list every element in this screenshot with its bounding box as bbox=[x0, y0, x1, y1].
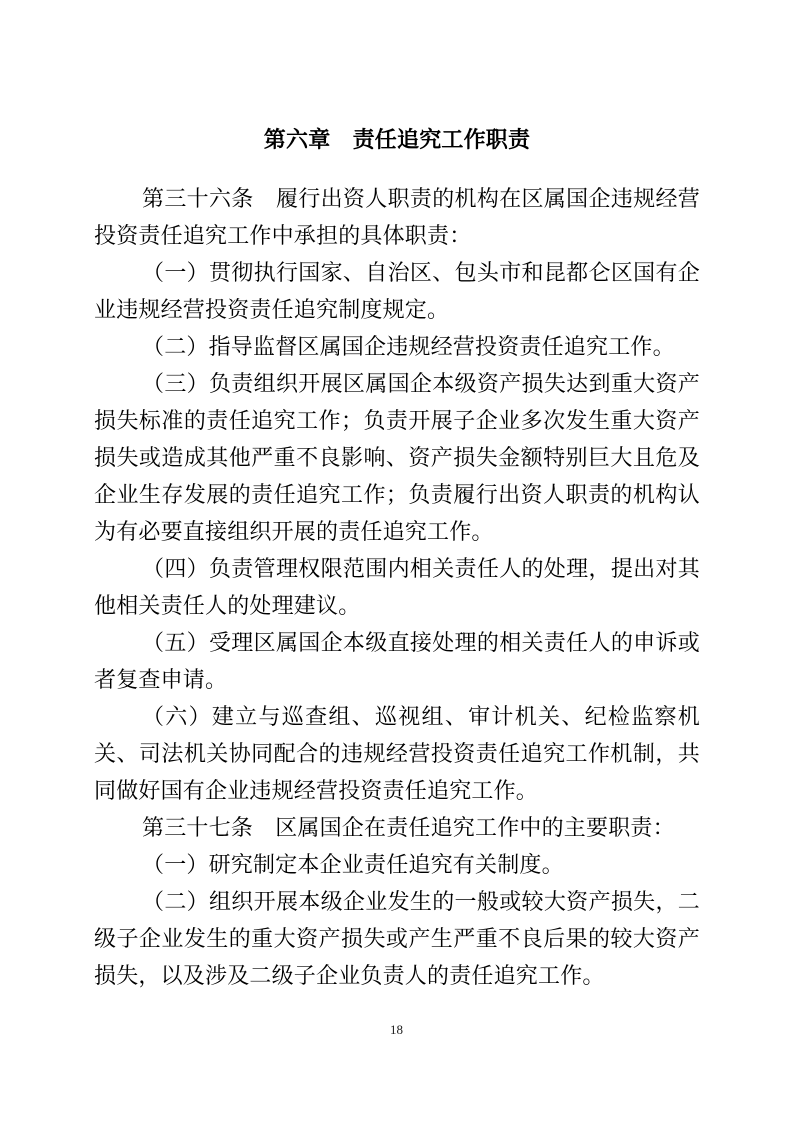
paragraph-clause-2: （二）指导监督区属国企违规经营投资责任追究工作。 bbox=[94, 328, 700, 365]
paragraph-clause-6: （六）建立与巡查组、巡视组、审计机关、纪检监察机关、司法机关协同配合的违规经营投… bbox=[94, 698, 700, 809]
document-page: 第六章 责任追究工作职责 第三十六条 履行出资人职责的机构在区属国企违规经营投资… bbox=[0, 0, 793, 1122]
chapter-heading: 第六章 责任追究工作职责 bbox=[94, 121, 700, 158]
paragraph-clause-1: （一）贯彻执行国家、自治区、包头市和昆都仑区国有企业违规经营投资责任追究制度规定… bbox=[94, 254, 700, 328]
paragraph-clause-37-1: （一）研究制定本企业责任追究有关制度。 bbox=[94, 846, 700, 883]
paragraph-clause-4: （四）负责管理权限范围内相关责任人的处理，提出对其他相关责任人的处理建议。 bbox=[94, 550, 700, 624]
document-content: 第六章 责任追究工作职责 第三十六条 履行出资人职责的机构在区属国企违规经营投资… bbox=[94, 121, 700, 994]
paragraph-clause-5: （五）受理区属国企本级直接处理的相关责任人的申诉或者复查申请。 bbox=[94, 624, 700, 698]
page-number: 18 bbox=[0, 1022, 793, 1038]
paragraph-clause-37-2: （二）组织开展本级企业发生的一般或较大资产损失，二级子企业发生的重大资产损失或产… bbox=[94, 883, 700, 994]
paragraph-clause-3: （三）负责组织开展区属国企本级资产损失达到重大资产损失标准的责任追究工作；负责开… bbox=[94, 365, 700, 550]
paragraph-article-36: 第三十六条 履行出资人职责的机构在区属国企违规经营投资责任追究工作中承担的具体职… bbox=[94, 180, 700, 254]
paragraph-article-37: 第三十七条 区属国企在责任追究工作中的主要职责： bbox=[94, 809, 700, 846]
document-body: 第三十六条 履行出资人职责的机构在区属国企违规经营投资责任追究工作中承担的具体职… bbox=[94, 180, 700, 994]
